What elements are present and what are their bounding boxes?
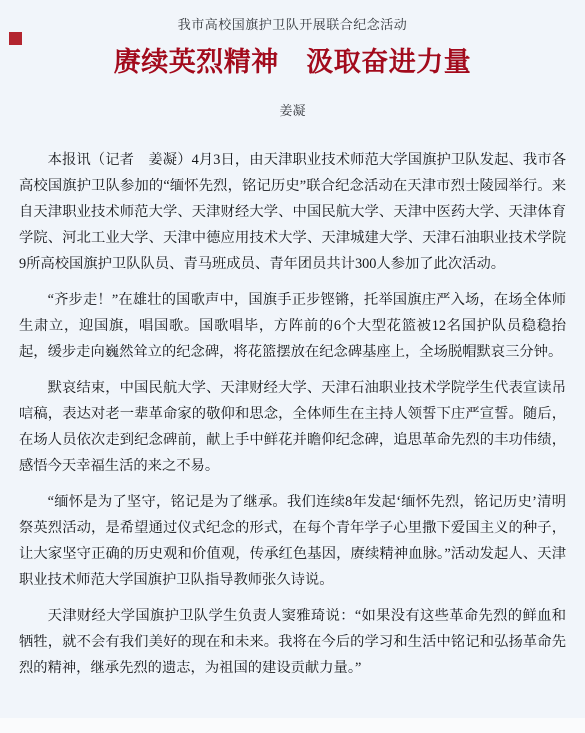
bottom-scrollbar-track <box>0 718 585 733</box>
paragraph-3: 默哀结束，中国民航大学、天津财经大学、天津石油职业技术学院学生代表宣读吊唁稿，表… <box>19 375 566 479</box>
paragraph-1: 本报讯（记者 姜凝）4月3日，由天津职业技术师范大学国旗护卫队发起、我市各高校国… <box>19 147 566 277</box>
article-page: 我市高校国旗护卫队开展联合纪念活动 赓续英烈精神 汲取奋进力量 姜凝 本报讯（记… <box>0 0 585 733</box>
paragraph-2: “齐步走！”在雄壮的国歌声中，国旗手正步铿锵，托举国旗庄严入场，在场全体师生肃立… <box>19 287 566 365</box>
article-kicker: 我市高校国旗护卫队开展联合纪念活动 <box>0 0 585 33</box>
red-corner-marker <box>9 32 22 45</box>
article-author: 姜凝 <box>0 100 585 119</box>
article-title: 赓续英烈精神 汲取奋进力量 <box>0 46 585 78</box>
article-body: 本报讯（记者 姜凝）4月3日，由天津职业技术师范大学国旗护卫队发起、我市各高校国… <box>0 147 585 681</box>
paragraph-4: “缅怀是为了坚守，铭记是为了继承。我们连续8年发起‘缅怀先烈，铭记历史’清明祭英… <box>19 489 566 593</box>
paragraph-5: 天津财经大学国旗护卫队学生负责人窦雅琦说：“如果没有这些革命先烈的鲜血和牺牲，就… <box>19 603 566 681</box>
